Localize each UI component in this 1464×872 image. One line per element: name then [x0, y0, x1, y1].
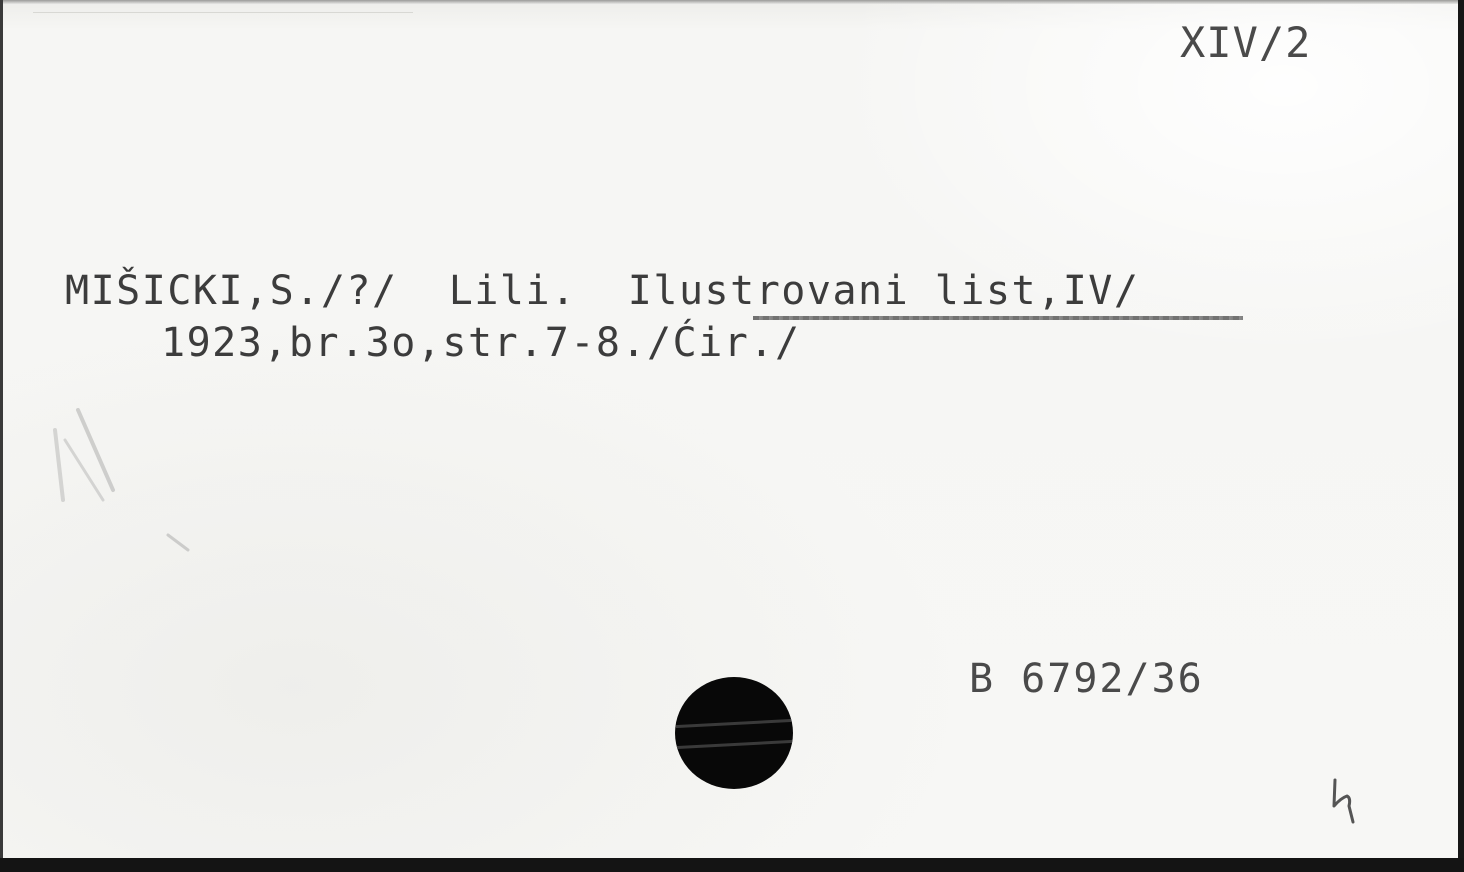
- background-right-edge: [1458, 0, 1464, 872]
- call-number: XIV/2: [1180, 18, 1311, 67]
- entry-line-author-title: MIŠICKI,S./?/ Lili. Ilustrovani list,IV/: [65, 268, 1139, 314]
- faint-ruled-line: [33, 12, 413, 13]
- catalog-card: XIV/2 MIŠICKI,S./?/ Lili. Ilustrovani li…: [0, 0, 1458, 858]
- erased-pencil-marks: [43, 400, 223, 560]
- background-bottom-edge: [0, 858, 1464, 872]
- handwritten-number-mark: [1331, 776, 1361, 824]
- periodical-underline: [753, 316, 1243, 320]
- accession-number: B 6792/36: [969, 656, 1204, 702]
- card-top-edge: [3, 0, 1461, 4]
- entry-line-citation: 1923,br.3o,str.7-8./Ćir./: [161, 320, 801, 366]
- punch-hole: [675, 677, 793, 789]
